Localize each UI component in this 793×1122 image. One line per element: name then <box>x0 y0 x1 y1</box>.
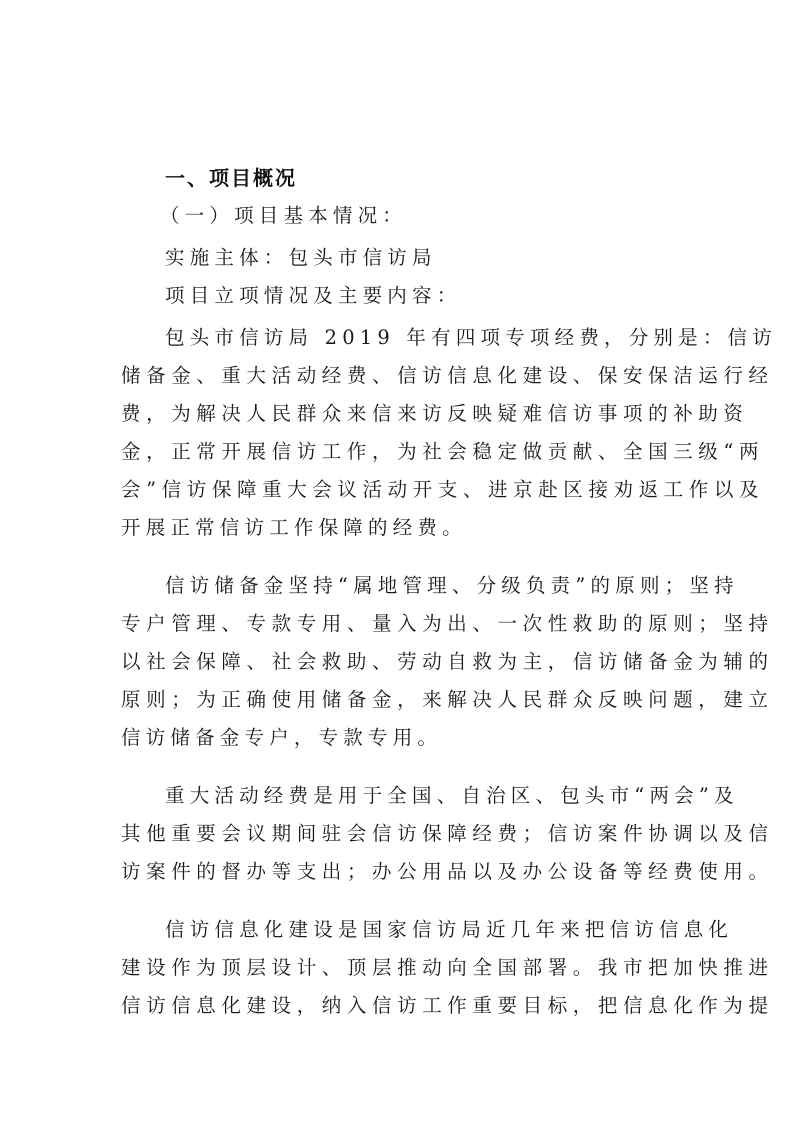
project-setup-label: 项目立项情况及主要内容： <box>165 281 725 311</box>
paragraph-line: 会”信访保障重大会议活动开支、进京赴区接劝返工作以及 <box>121 475 681 505</box>
paragraph-line: 信访信息化建设是国家信访局近几年来把信访信息化 <box>165 915 725 945</box>
paragraph-line: 原则；为正确使用储备金，来解决人民群众反映问题，建立 <box>121 685 681 715</box>
paragraph-line: 建设作为顶层设计、顶层推动向全国部署。我市把加快推进 <box>121 953 681 983</box>
paragraph-line: 重大活动经费是用于全国、自治区、包头市“两会”及 <box>165 781 725 811</box>
paragraph-line: 费，为解决人民群众来信来访反映疑难信访事项的补助资 <box>121 399 681 429</box>
paragraph-line: 其他重要会议期间驻会信访保障经费；信访案件协调以及信 <box>121 819 681 849</box>
paragraph-line: 开展正常信访工作保障的经费。 <box>121 513 681 543</box>
paragraph-line: 储备金、重大活动经费、信访信息化建设、保安保洁运行经 <box>121 361 681 391</box>
paragraph-line: 专户管理、专款专用、量入为出、一次性救助的原则；坚持 <box>121 609 681 639</box>
paragraph-line: 访案件的督办等支出；办公用品以及办公设备等经费使用。 <box>121 857 681 887</box>
paragraph-line: 信访储备金专户，专款专用。 <box>121 723 681 753</box>
subsection-heading: （一）项目基本情况： <box>160 201 720 231</box>
paragraph-line: 金，正常开展信访工作，为社会稳定做贡献、全国三级“两 <box>121 437 681 467</box>
paragraph-line: 信访储备金坚持“属地管理、分级负责”的原则；坚持 <box>165 571 725 601</box>
document-page: 一、项目概况 （一）项目基本情况： 实施主体：包头市信访局 项目立项情况及主要内… <box>0 0 793 1122</box>
paragraph-line: 包头市信访局 2019 年有四项专项经费，分别是：信访 <box>165 323 725 353</box>
paragraph-line: 以社会保障、社会救助、劳动自救为主，信访储备金为辅的 <box>121 647 681 677</box>
section-heading: 一、项目概况 <box>165 163 725 193</box>
implementing-entity: 实施主体：包头市信访局 <box>165 243 725 273</box>
paragraph-line: 信访信息化建设，纳入信访工作重要目标，把信息化作为提 <box>121 991 681 1021</box>
